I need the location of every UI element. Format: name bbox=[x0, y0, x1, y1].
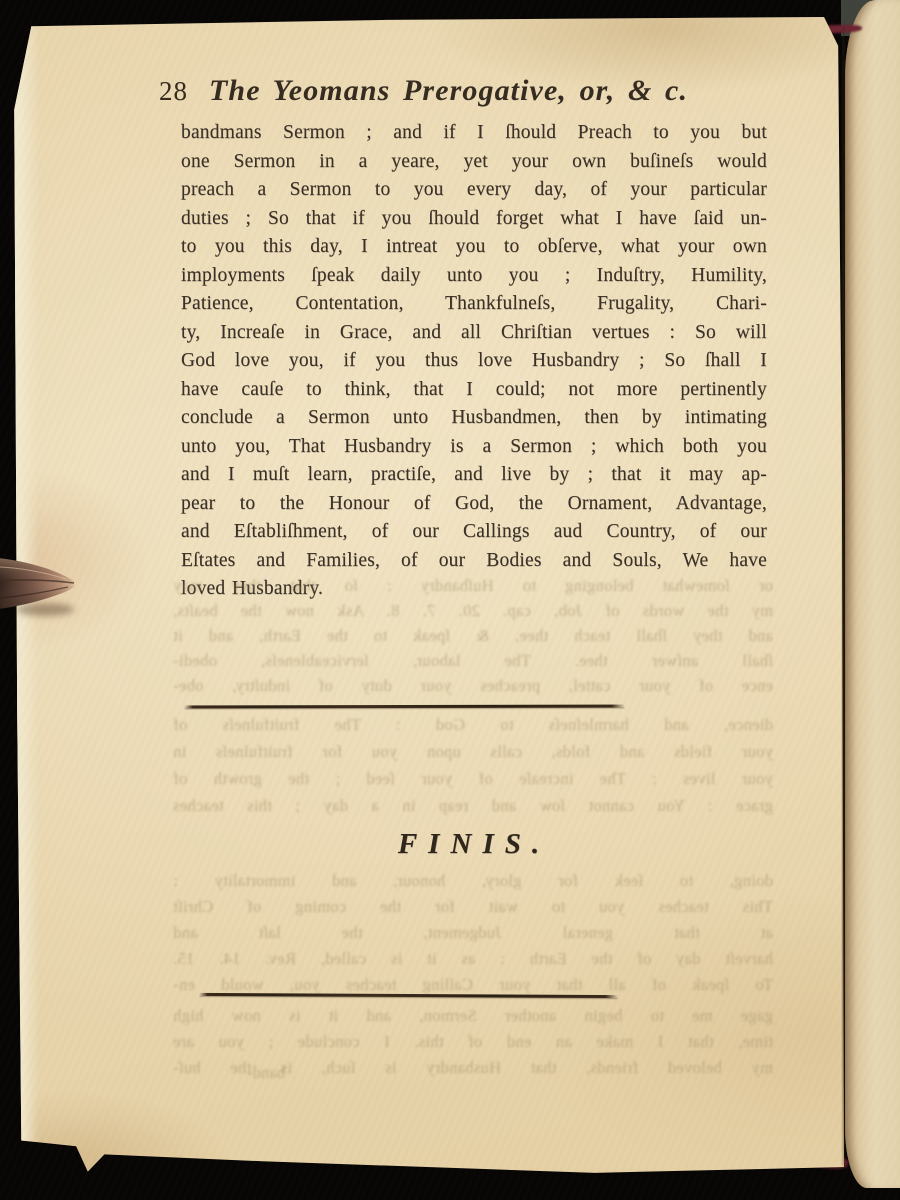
text-line: Patience, Contentation, Thankfulneſs, Fr… bbox=[181, 290, 767, 319]
text-line: and I muſt learn, practiſe, and live by … bbox=[181, 461, 767, 490]
text-line: have cauſe to think, that I could; not m… bbox=[181, 376, 767, 405]
bleedthrough-line: your fields and folds, calls upon you fo… bbox=[173, 738, 773, 765]
sermon-text: bandmans Sermon ; and if I ſhould Preach… bbox=[181, 119, 767, 604]
text-line: to you this day, I intreat you to obſerv… bbox=[181, 233, 767, 262]
adjacent-page-edge bbox=[845, 0, 900, 1188]
text-line: imployments ſpeak daily unto you ; Induſ… bbox=[181, 262, 767, 291]
bleedthrough-line: my the words of Job, cap. 20. 7. 8. Ask … bbox=[173, 598, 773, 623]
separator-rule bbox=[184, 705, 625, 709]
bleedthrough-line: at that general Judgement, the laſt and bbox=[173, 920, 773, 946]
page-crease-line bbox=[842, 26, 845, 1166]
bleedthrough-text-block: dience, and harmleſneſs to God : The fru… bbox=[173, 711, 773, 819]
running-title: The Yeomans Prerogative, or, & c. bbox=[209, 74, 688, 108]
bleedthrough-text-block: or ſomewhat belonging to Huſbandry : ſo … bbox=[173, 573, 773, 698]
bleedthrough-line: doing, to ſeek for glory, honour, and im… bbox=[173, 868, 773, 894]
bleedthrough-line: or ſomewhat belonging to Huſbandry : ſo … bbox=[173, 573, 773, 598]
text-line: pear to the Honour of God, the Ornament,… bbox=[181, 490, 767, 519]
finis-label: FINIS. bbox=[181, 828, 767, 861]
bleedthrough-line: time, that I make an end of this. I conc… bbox=[173, 1029, 773, 1055]
text-line: one Sermon in a yeare, yet your own buſi… bbox=[181, 148, 767, 177]
page-number: 28 bbox=[159, 76, 188, 107]
text-line: preach a Sermon to you every day, of you… bbox=[181, 176, 767, 205]
text-line: Eſtates and Families, of our Bodies and … bbox=[181, 547, 767, 576]
bleedthrough-line: grace : You cannot ſow and reap in a day… bbox=[173, 792, 773, 819]
bleedthrough-line: dience, and harmleſneſs to God : The fru… bbox=[173, 711, 773, 738]
bleedthrough-text-block: doing, to ſeek for glory, honour, and im… bbox=[173, 868, 773, 998]
text-line: conclude a Sermon unto Husbandmen, then … bbox=[181, 404, 767, 433]
metal-clasp-icon bbox=[0, 551, 82, 615]
running-header: 28 The Yeomans Prerogative, or, & c. bbox=[159, 74, 688, 108]
bleedthrough-line: your lives : The increaſe of your ſeed ;… bbox=[173, 765, 773, 792]
bleedthrough-line: and they ſhall teach thee, & ſpeak to th… bbox=[173, 623, 773, 648]
text-line: ty, Increaſe in Grace, and all Chriſtian… bbox=[181, 319, 767, 348]
book-photograph: 28 The Yeomans Prerogative, or, & c. ban… bbox=[0, 0, 900, 1200]
bleedthrough-line: This teaches you to wait for the coming … bbox=[173, 894, 773, 920]
book-page: 28 The Yeomans Prerogative, or, & c. ban… bbox=[13, 17, 844, 1174]
bleedthrough-line: ence of your cattel, preaches your duty … bbox=[173, 673, 773, 698]
bleedthrough-line: harveſt day of the Earth : as it is call… bbox=[173, 946, 773, 972]
bleedthrough-line: gage me to begin another Sermon, and it … bbox=[173, 1003, 773, 1029]
text-line: unto you, That Husbandry is a Sermon ; w… bbox=[181, 433, 767, 462]
text-line: duties ; So that if you ſhould forget wh… bbox=[181, 205, 767, 234]
text-line: and Eſtabliſhment, of our Callings aud C… bbox=[181, 518, 767, 547]
text-line: bandmans Sermon ; and if I ſhould Preach… bbox=[181, 119, 767, 148]
bleedthrough-line: ſhall anſwer thee. The labour, ſerviceab… bbox=[173, 648, 773, 673]
text-line: God love you, if you thus love Husbandry… bbox=[181, 347, 767, 376]
bleedthrough-catchword: band- bbox=[195, 1063, 285, 1083]
